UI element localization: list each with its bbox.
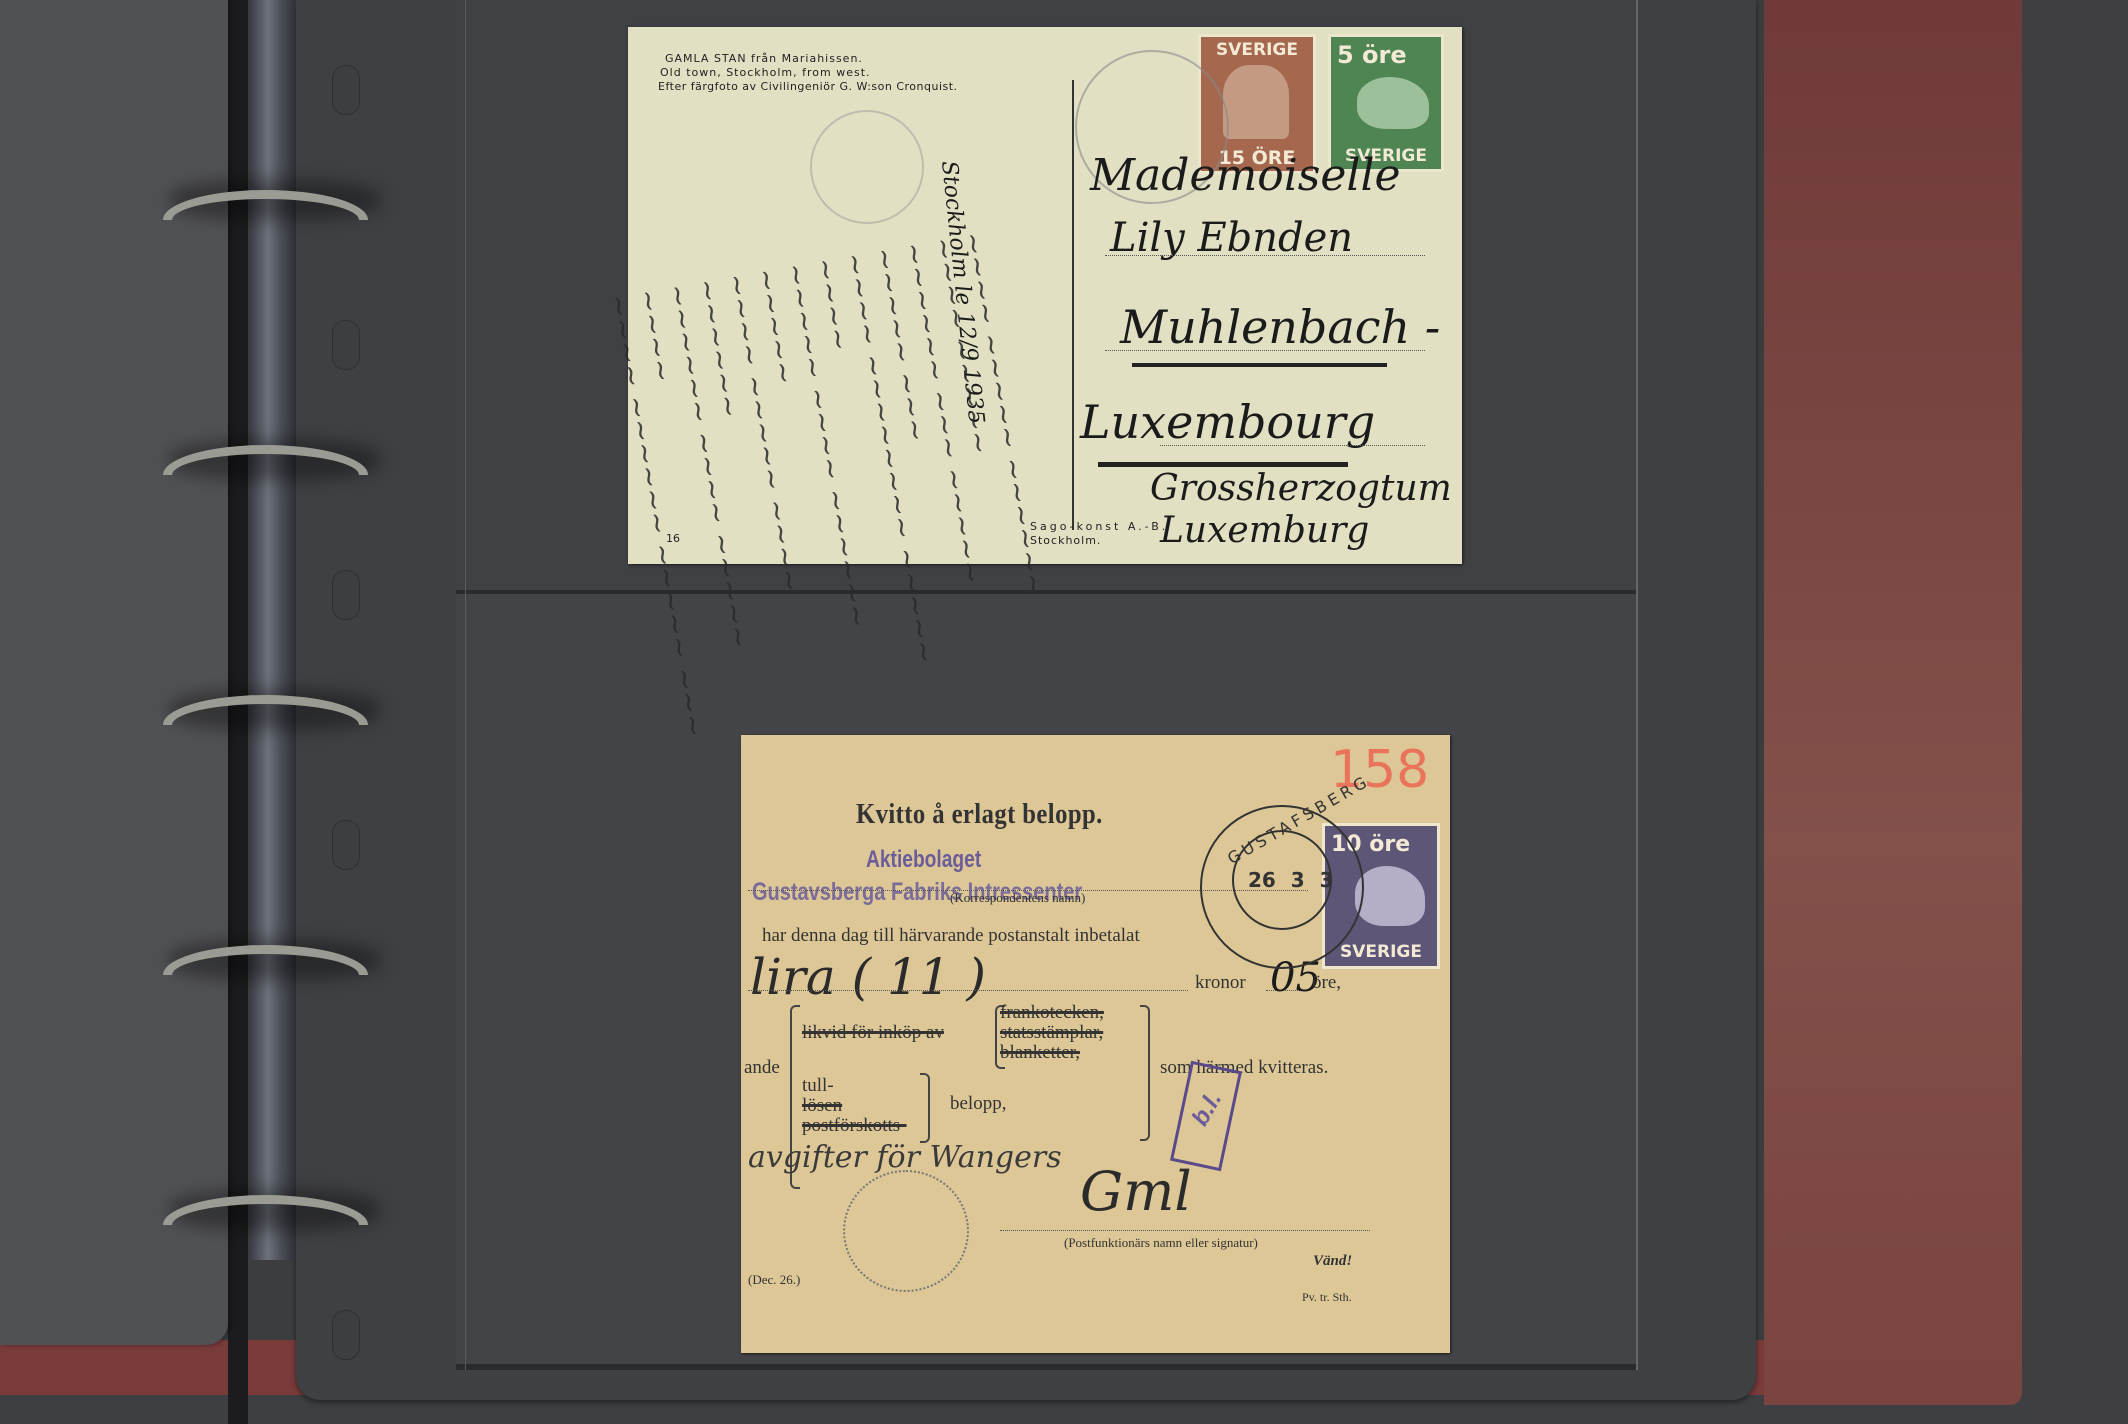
option-item: frankotecken, <box>1000 1002 1104 1024</box>
option-item: blanketter, <box>1000 1042 1080 1064</box>
stamp-country: SVERIGE <box>1325 942 1437 962</box>
kronor-label: kronor <box>1195 972 1246 994</box>
stamp-country: SVERIGE <box>1201 40 1313 60</box>
address-dotted-line <box>1160 445 1425 446</box>
address-line: Grossherzogtum <box>1150 468 1452 509</box>
seal-circle <box>843 1170 969 1292</box>
printer-code: Pv. tr. Sth. <box>1302 1290 1352 1305</box>
option-tull: tull- <box>802 1075 834 1097</box>
address-dotted-line <box>1105 350 1425 351</box>
pocket-edge-line <box>465 0 466 1370</box>
handwritten-message: ~~~~ ~~~~~ ~~~~~~ ~~~~ ~~~~~~~~~~~ ~~~ ~… <box>602 230 1068 761</box>
tull-brace <box>920 1073 930 1143</box>
card-number: 16 <box>666 532 680 546</box>
punch-hole <box>332 65 360 115</box>
album-cover-right <box>1764 0 2022 1405</box>
ore-label: öre, <box>1312 972 1341 994</box>
form-code: (Dec. 26.) <box>748 1272 800 1288</box>
address-line: Muhlenbach - <box>1120 300 1440 354</box>
king-portrait-icon <box>1223 65 1289 139</box>
punch-hole <box>332 1310 360 1360</box>
amount-dotted-line <box>748 990 1188 991</box>
publisher-name: Sago-konst A.-B. <box>1030 520 1168 534</box>
company-stamp-line: Aktiebolaget <box>866 846 981 874</box>
paid-line: har denna dag till härvarande postanstal… <box>762 925 1140 947</box>
right-brace <box>1140 1005 1150 1141</box>
stamp-value: 5 öre <box>1337 41 1407 69</box>
publisher-city: Stockholm. <box>1030 534 1101 548</box>
postcard-caption-line: Old town, Stockholm, from west. <box>660 66 871 80</box>
postcard-divider <box>1072 80 1074 530</box>
lion-icon <box>1355 866 1425 926</box>
option-tull: lösen <box>802 1095 842 1117</box>
vand-label: Vänd! <box>1313 1253 1352 1270</box>
address-line: Mademoiselle <box>1090 150 1401 201</box>
option-tull: postförskotts- <box>802 1115 907 1137</box>
belopp-label: belopp, <box>950 1093 1006 1115</box>
lion-icon <box>1357 77 1429 129</box>
postmark-date: 26 3 3 <box>1248 868 1334 892</box>
signature-dotted-line <box>1000 1230 1370 1231</box>
option-likvid: likvid för inköp av <box>802 1022 944 1044</box>
postmark-stockholm <box>810 110 924 224</box>
punch-hole <box>332 320 360 370</box>
underline-stroke <box>1098 462 1348 467</box>
postcard-caption-line: GAMLA STAN från Mariahissen. <box>665 52 863 66</box>
correspondent-label: (Korrespondentens namn) <box>950 890 1085 906</box>
punch-hole <box>332 570 360 620</box>
option-item: statsstämplar, <box>1000 1022 1103 1044</box>
address-line: Luxembourg <box>1080 395 1375 449</box>
postcard-caption-line: Efter färgfoto av Civilingeniör G. W:son… <box>658 80 958 94</box>
handwritten-amount: lira ( 11 ) <box>750 948 986 1006</box>
address-dotted-line <box>1105 255 1425 256</box>
signature-label: (Postfunktionärs namn eller signatur) <box>1064 1235 1258 1251</box>
brace-prefix: ande <box>744 1057 780 1079</box>
underline-stroke <box>1132 363 1387 367</box>
receipt-title: Kvitto å erlagt belopp. <box>856 798 1103 831</box>
kvitteras-label: som härmed kvitteras. <box>1160 1057 1328 1079</box>
table-surface-right <box>2022 0 2128 1424</box>
punch-hole <box>332 820 360 870</box>
address-line: Luxemburg <box>1160 510 1369 551</box>
pocket-edge-line <box>1636 0 1638 1370</box>
postal-signature: Gml <box>1080 1160 1192 1223</box>
